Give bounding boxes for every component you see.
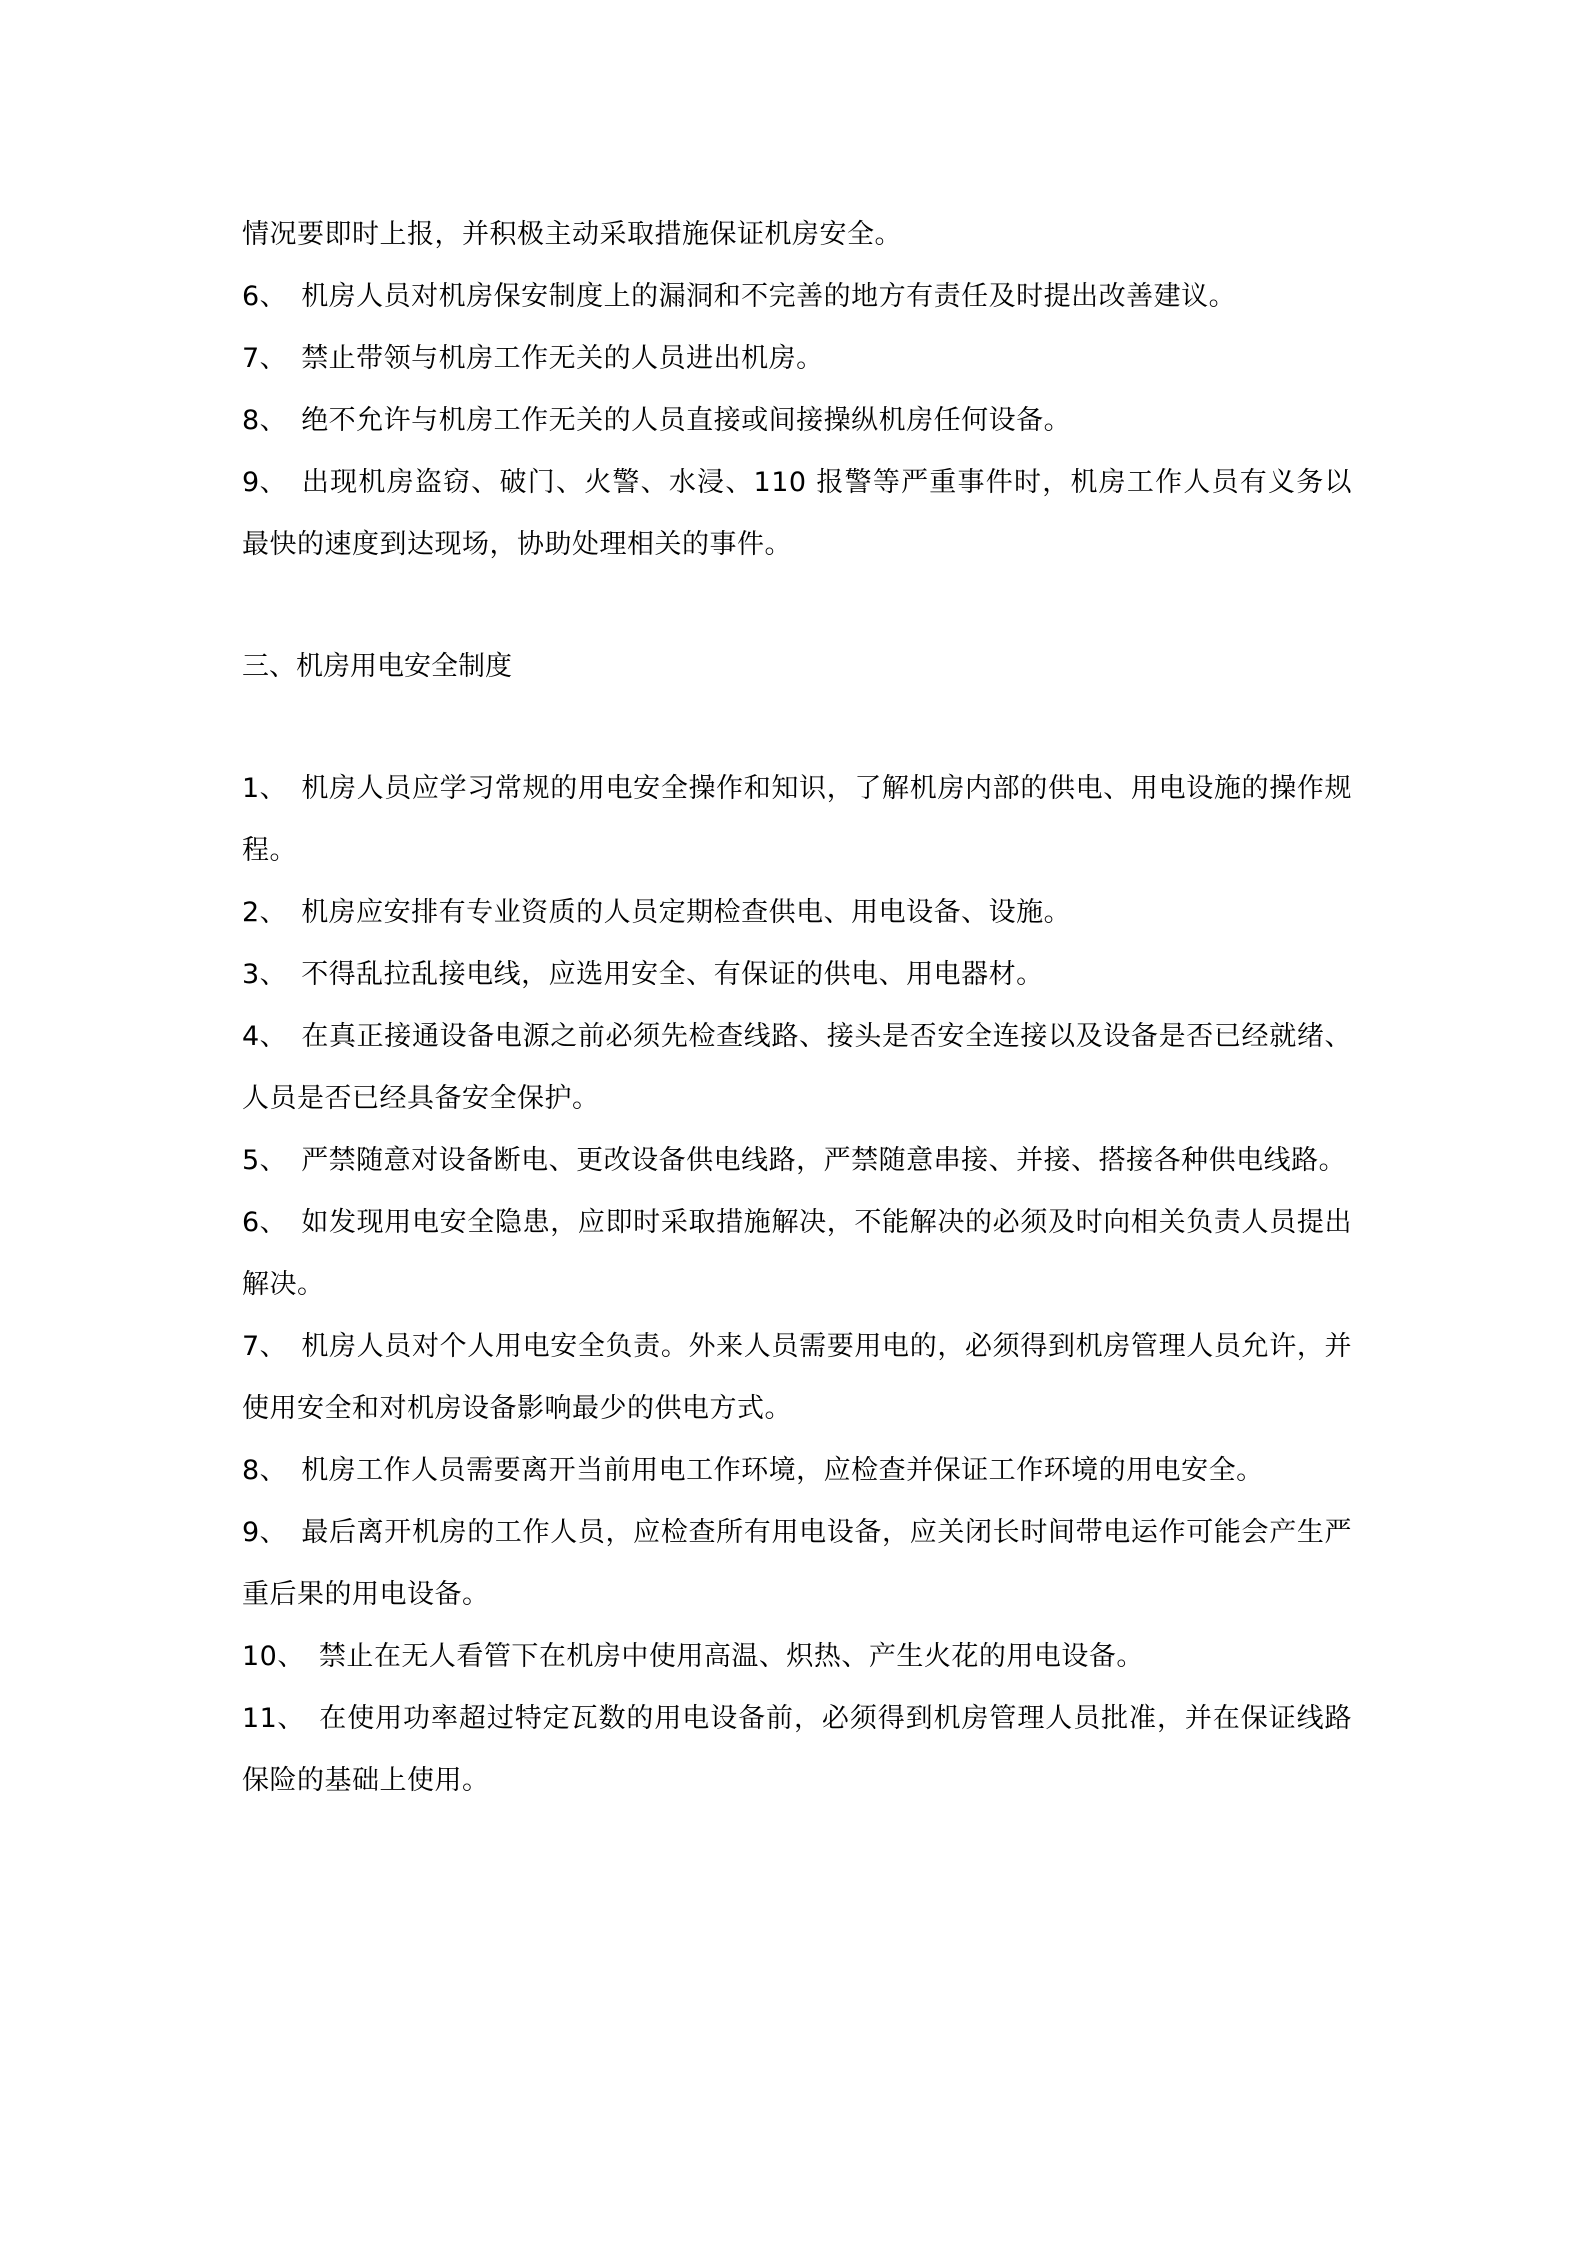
list-item-s3-1: 1、机房人员应学习常规的用电安全操作和知识，了解机房内部的供电、用电设施的操作规… bbox=[242, 758, 1352, 882]
spacer bbox=[242, 576, 1352, 636]
list-item-s3-8: 8、机房工作人员需要离开当前用电工作环境，应检查并保证工作环境的用电安全。 bbox=[242, 1440, 1352, 1502]
item-number: 4、 bbox=[242, 1006, 287, 1068]
item-number: 6、 bbox=[242, 1192, 287, 1254]
item-text: 机房人员对个人用电安全负责。外来人员需要用电的，必须得到机房管理人员允许，并使用… bbox=[242, 1331, 1352, 1424]
item-number: 10、 bbox=[242, 1626, 305, 1688]
item-text: 禁止在无人看管下在机房中使用高温、炽热、产生火花的用电设备。 bbox=[319, 1641, 1144, 1672]
list-item-s2-7: 7、禁止带领与机房工作无关的人员进出机房。 bbox=[242, 328, 1352, 390]
list-item-s3-7: 7、机房人员对个人用电安全负责。外来人员需要用电的，必须得到机房管理人员允许，并… bbox=[242, 1316, 1352, 1440]
item-number: 5、 bbox=[242, 1130, 287, 1192]
section-heading: 三、机房用电安全制度 bbox=[242, 636, 1352, 698]
list-item-s3-3: 3、不得乱拉乱接电线，应选用安全、有保证的供电、用电器材。 bbox=[242, 944, 1352, 1006]
item-number: 2、 bbox=[242, 882, 287, 944]
paragraph-continuation: 情况要即时上报，并积极主动采取措施保证机房安全。 bbox=[242, 204, 1352, 266]
item-number: 11、 bbox=[242, 1688, 305, 1750]
item-text: 机房工作人员需要离开当前用电工作环境，应检查并保证工作环境的用电安全。 bbox=[301, 1455, 1264, 1486]
item-number: 7、 bbox=[242, 328, 287, 390]
list-item-s3-11: 11、在使用功率超过特定瓦数的用电设备前，必须得到机房管理人员批准，并在保证线路… bbox=[242, 1688, 1352, 1812]
item-text: 禁止带领与机房工作无关的人员进出机房。 bbox=[301, 343, 824, 374]
spacer bbox=[242, 698, 1352, 758]
list-item-s3-2: 2、机房应安排有专业资质的人员定期检查供电、用电设备、设施。 bbox=[242, 882, 1352, 944]
list-item-s2-9: 9、出现机房盗窃、破门、火警、水浸、110 报警等严重事件时，机房工作人员有义务… bbox=[242, 452, 1352, 576]
item-number: 6、 bbox=[242, 266, 287, 328]
item-text: 机房人员对机房保安制度上的漏洞和不完善的地方有责任及时提出改善建议。 bbox=[301, 281, 1236, 312]
item-number: 8、 bbox=[242, 1440, 287, 1502]
item-number: 9、 bbox=[242, 452, 287, 514]
item-text: 机房应安排有专业资质的人员定期检查供电、用电设备、设施。 bbox=[301, 897, 1071, 928]
item-number: 3、 bbox=[242, 944, 287, 1006]
list-item-s2-6: 6、机房人员对机房保安制度上的漏洞和不完善的地方有责任及时提出改善建议。 bbox=[242, 266, 1352, 328]
list-item-s3-4: 4、在真正接通设备电源之前必须先检查线路、接头是否安全连接以及设备是否已经就绪、… bbox=[242, 1006, 1352, 1130]
item-number: 8、 bbox=[242, 390, 287, 452]
item-text: 不得乱拉乱接电线，应选用安全、有保证的供电、用电器材。 bbox=[301, 959, 1044, 990]
list-item-s2-8: 8、绝不允许与机房工作无关的人员直接或间接操纵机房任何设备。 bbox=[242, 390, 1352, 452]
item-number: 1、 bbox=[242, 758, 287, 820]
item-text: 在真正接通设备电源之前必须先检查线路、接头是否安全连接以及设备是否已经就绪、人员… bbox=[242, 1021, 1352, 1114]
document-page: 情况要即时上报，并积极主动采取措施保证机房安全。 6、机房人员对机房保安制度上的… bbox=[242, 204, 1352, 1812]
list-item-s3-9: 9、最后离开机房的工作人员，应检查所有用电设备，应关闭长时间带电运作可能会产生严… bbox=[242, 1502, 1352, 1626]
item-number: 9、 bbox=[242, 1502, 287, 1564]
item-text: 最后离开机房的工作人员，应检查所有用电设备，应关闭长时间带电运作可能会产生严重后… bbox=[242, 1517, 1352, 1610]
item-text: 严禁随意对设备断电、更改设备供电线路，严禁随意串接、并接、搭接各种供电线路。 bbox=[301, 1145, 1346, 1176]
item-text: 机房人员应学习常规的用电安全操作和知识，了解机房内部的供电、用电设施的操作规程。 bbox=[242, 773, 1352, 866]
list-item-s3-5: 5、严禁随意对设备断电、更改设备供电线路，严禁随意串接、并接、搭接各种供电线路。 bbox=[242, 1130, 1352, 1192]
list-item-s3-6: 6、如发现用电安全隐患，应即时采取措施解决，不能解决的必须及时向相关负责人员提出… bbox=[242, 1192, 1352, 1316]
item-text: 在使用功率超过特定瓦数的用电设备前，必须得到机房管理人员批准，并在保证线路保险的… bbox=[242, 1703, 1352, 1796]
list-item-s3-10: 10、禁止在无人看管下在机房中使用高温、炽热、产生火花的用电设备。 bbox=[242, 1626, 1352, 1688]
item-text: 如发现用电安全隐患，应即时采取措施解决，不能解决的必须及时向相关负责人员提出解决… bbox=[242, 1207, 1352, 1300]
item-text: 出现机房盗窃、破门、火警、水浸、110 报警等严重事件时，机房工作人员有义务以最… bbox=[242, 467, 1352, 560]
item-text: 绝不允许与机房工作无关的人员直接或间接操纵机房任何设备。 bbox=[301, 405, 1071, 436]
item-number: 7、 bbox=[242, 1316, 287, 1378]
